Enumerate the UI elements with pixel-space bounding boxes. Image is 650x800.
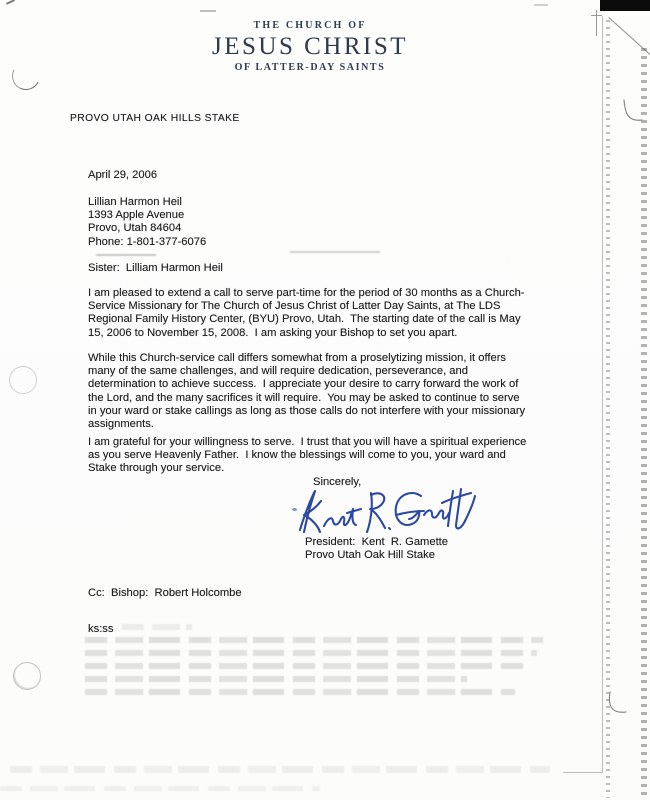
scan-corner-artifact: [600, 0, 650, 11]
corner-mark-horizontal: [591, 15, 602, 16]
binder-hook-mark-bottom: [596, 690, 636, 724]
bleedthrough-bottom-2: [0, 786, 320, 798]
letterhead: THE CHURCH OF JESUS CHRIST OF LATTER-DAY…: [0, 20, 620, 73]
page-edge-tick: [563, 772, 603, 773]
punch-hole-middle: [9, 366, 37, 394]
cc-line: Cc: Bishop: Robert Holcombe: [88, 587, 242, 600]
letterhead-line2: JESUS CHRIST: [0, 33, 620, 61]
scan-smudge-1: [96, 254, 156, 256]
signer-block: President: Kent R. Gamette Provo Utah Oa…: [305, 536, 448, 562]
body-paragraph-2: While this Church-service call differs s…: [88, 352, 608, 431]
scan-speck-top-right: [534, 4, 548, 6]
bleedthrough-bottom-1: [10, 766, 550, 780]
scan-speck-top-center: [200, 10, 216, 12]
scan-smudge-2: [290, 251, 380, 253]
signature-ink-icon: [288, 484, 478, 540]
body-paragraph-3: I am grateful for your willingness to se…: [88, 436, 608, 476]
stake-header: PROVO UTAH OAK HILLS STAKE: [70, 112, 240, 125]
bleedthrough-text-block: [85, 637, 543, 702]
bleedthrough-fragment: [122, 624, 192, 637]
letterhead-line1: THE CHURCH OF: [0, 20, 620, 31]
letterhead-line3: OF LATTER-DAY SAINTS: [0, 62, 620, 73]
scanned-letter-page: THE CHURCH OF JESUS CHRIST OF LATTER-DAY…: [0, 0, 650, 800]
page-edge-line: [602, 16, 603, 773]
reference-initials: ks:ss: [88, 623, 113, 636]
perforation-column-outer: [641, 48, 647, 798]
date-line: April 29, 2006: [88, 169, 157, 182]
salutation: Sister: Lilliam Harmon Heil: [88, 262, 223, 275]
binder-hook-mark-top: [610, 98, 646, 130]
body-paragraph-1: I am pleased to extend a call to serve p…: [88, 287, 608, 340]
punch-hole-bottom: [13, 662, 41, 690]
corner-mark-vertical: [596, 10, 597, 36]
ink-stray-dot: [292, 508, 297, 511]
recipient-block: Lillian Harmon Heil 1393 Apple Avenue Pr…: [88, 196, 206, 249]
handwritten-signature: Kent R. Gamette: [288, 484, 478, 540]
perforation-column-inner: [606, 20, 610, 798]
scan-speck-top-left: [6, 0, 15, 5]
